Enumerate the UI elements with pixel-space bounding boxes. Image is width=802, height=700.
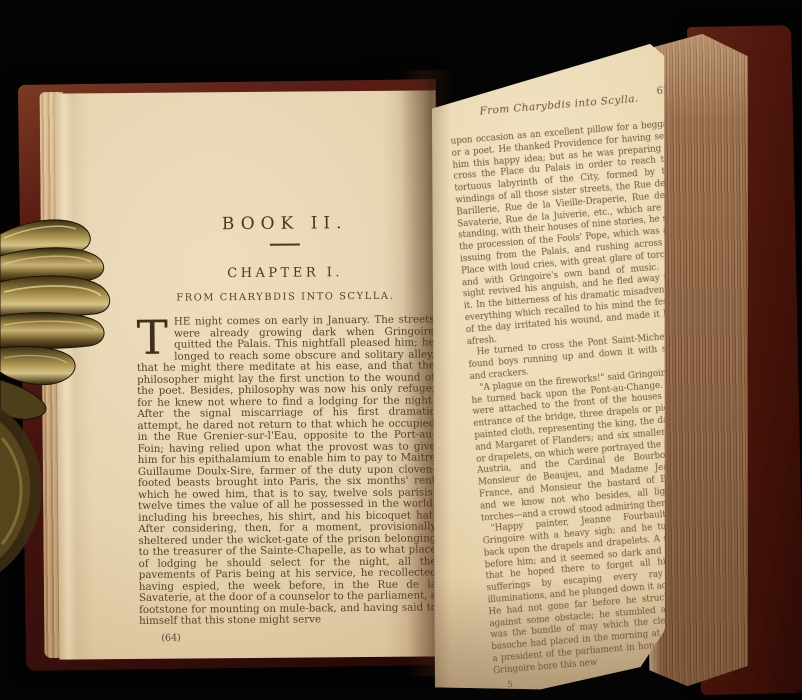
drop-cap: T [136, 317, 174, 358]
left-page: BOOK II. CHAPTER I. FROM CHARYBDIS INTO … [55, 90, 441, 659]
left-page-text-block: BOOK II. CHAPTER I. FROM CHARYBDIS INTO … [136, 214, 438, 643]
brass-clasp-icon [0, 212, 112, 424]
photo-background: BOOK II. CHAPTER I. FROM CHARYBDIS INTO … [0, 0, 802, 700]
left-page-body: THE night comes on early in January. The… [136, 314, 437, 627]
brass-strap-icon [0, 408, 80, 578]
right-page-paragraph: upon occasion as an excellent pillow for… [450, 119, 688, 348]
chapter-heading: CHAPTER I. [136, 265, 434, 281]
left-page-body-text: HE night comes on early in January. The … [137, 313, 437, 627]
right-page: From Charybdis into Scylla. 65 upon occa… [428, 36, 678, 696]
section-rule [270, 244, 300, 246]
chapter-subtitle: FROM CHARYBDIS INTO SCYLLA. [136, 291, 434, 304]
left-page-number: (64) [139, 630, 437, 644]
running-head: From Charybdis into Scylla. [448, 90, 670, 120]
running-head-row: From Charybdis into Scylla. 65 [448, 90, 670, 122]
book-heading: BOOK II. [136, 214, 434, 234]
